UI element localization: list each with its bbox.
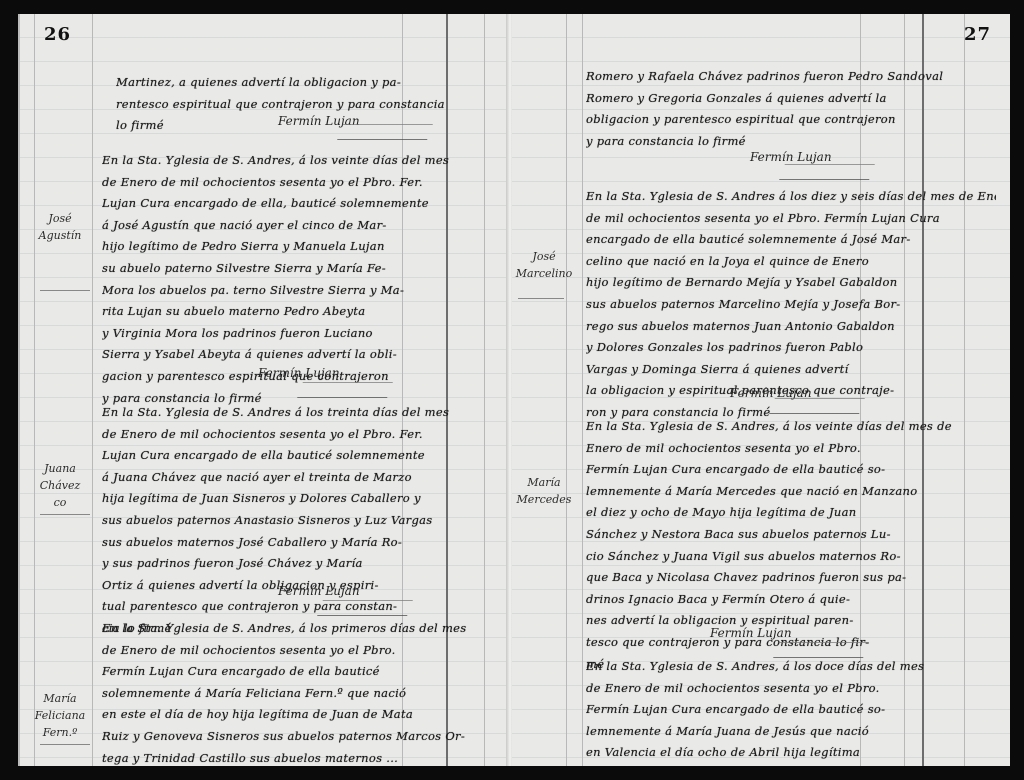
signature-rubric bbox=[779, 164, 875, 180]
margin-note-name: María Mercedes bbox=[514, 474, 574, 508]
margin-rule bbox=[582, 14, 583, 766]
priest-signature: Fermín Lujan bbox=[710, 626, 792, 640]
margin-note-line: Fern.º bbox=[30, 724, 90, 741]
margin-note-line: Juana bbox=[30, 460, 90, 477]
priest-signature: Fermín Lujan bbox=[258, 366, 340, 380]
entry-line: Fermín Lujan Cura encargado de ella baut… bbox=[586, 699, 996, 721]
entry-line: Enero de mil ochocientos sesenta yo el P… bbox=[586, 438, 996, 460]
register-entry: En la Sta. Yglesia de S. Andres, á los d… bbox=[586, 656, 996, 764]
entry-line: Ruiz y Genoveva Sisneros sus abuelos pat… bbox=[102, 726, 502, 748]
entry-line: En la Sta. Yglesia de S. Andres, á los p… bbox=[102, 618, 502, 640]
entry-line: hija legítima de Juan Sisneros y Dolores… bbox=[102, 488, 502, 510]
register-entry: Romero y Rafaela Chávez padrinos fueron … bbox=[586, 66, 996, 152]
entry-line: hijo legítimo de Bernardo Mejía y Ysabel… bbox=[586, 272, 996, 294]
margin-separator bbox=[518, 298, 564, 299]
entry-line: el diez y ocho de Mayo hija legítima de … bbox=[586, 502, 996, 524]
margin-note-line: María bbox=[30, 690, 90, 707]
entry-line: Fermín Lujan Cura encargado de ella baut… bbox=[102, 661, 502, 683]
margin-note-name: José Marcelino bbox=[514, 248, 574, 282]
entry-line: lemnemente á María Mercedes que nació en… bbox=[586, 481, 996, 503]
entry-line: en este el día de hoy hija legítima de J… bbox=[102, 704, 502, 726]
margin-note-line: Marcelino bbox=[514, 265, 574, 282]
margin-note-line: Agustín bbox=[30, 227, 90, 244]
signature-rubric bbox=[297, 382, 393, 398]
entry-line: En la Sta. Yglesia de S. Andres, á los v… bbox=[586, 416, 996, 438]
right-page: 27 Romero y Rafaela Chávez padrinos fuer… bbox=[512, 14, 1010, 766]
left-page: 26 Martinez, a quienes advertí la obliga… bbox=[18, 14, 512, 766]
margin-note-name: María Feliciana Fern.º bbox=[30, 690, 90, 741]
entry-line: á José Agustín que nació ayer el cinco d… bbox=[102, 215, 502, 237]
entry-line: de mil ochocientos sesenta yo el Pbro. F… bbox=[586, 208, 996, 230]
priest-signature: Fermín Lujan bbox=[278, 584, 360, 598]
ruled-line bbox=[34, 14, 35, 766]
margin-separator bbox=[40, 514, 90, 515]
entry-line: cio Sánchez y Juana Vigil sus abuelos ma… bbox=[586, 546, 996, 568]
entry-line: sus abuelos paternos Marcelino Mejía y J… bbox=[586, 294, 996, 316]
margin-note-line: co bbox=[30, 494, 90, 511]
margin-note-name: José Agustín bbox=[30, 210, 90, 244]
entry-line: rentesco espiritual que contrajeron y pa… bbox=[116, 94, 506, 116]
entry-line: rego sus abuelos maternos Juan Antonio G… bbox=[586, 316, 996, 338]
entry-line: de Enero de mil ochocientos sesenta yo e… bbox=[102, 424, 502, 446]
entry-line: En la Sta. Yglesia de S. Andres á los tr… bbox=[102, 402, 502, 424]
entry-line: su abuelo paterno Silvestre Sierra y Mar… bbox=[102, 258, 502, 280]
signature-rubric bbox=[337, 124, 433, 140]
entry-line: sus abuelos maternos José Caballero y Ma… bbox=[102, 532, 502, 554]
entry-line: Romero y Gregoria Gonzales á quienes adv… bbox=[586, 88, 996, 110]
signature-rubric bbox=[769, 398, 865, 414]
entry-line: y Virginia Mora los padrinos fueron Luci… bbox=[102, 323, 502, 345]
margin-note-line: Feliciana bbox=[30, 707, 90, 724]
entry-line: obligacion y parentesco espiritual que c… bbox=[586, 109, 996, 131]
margin-rule bbox=[92, 14, 93, 766]
entry-line: y Dolores Gonzales los padrinos fueron P… bbox=[586, 337, 996, 359]
entry-line: tega y Trinidad Castillo sus abuelos mat… bbox=[102, 748, 502, 766]
entry-line: en Valencia el día ocho de Abril hija le… bbox=[586, 742, 996, 764]
entry-line: Lujan Cura encargado de ella, bauticé so… bbox=[102, 193, 502, 215]
margin-note-line: Mercedes bbox=[514, 491, 574, 508]
register-entry: En la Sta. Yglesia de S. Andres, á los p… bbox=[102, 618, 502, 766]
entry-line: y sus padrinos fueron José Chávez y Marí… bbox=[102, 553, 502, 575]
entry-line: rita Lujan su abuelo materno Pedro Abeyt… bbox=[102, 301, 502, 323]
margin-note-line: José bbox=[514, 248, 574, 265]
entry-line: sus abuelos paternos Anastasio Sisneros … bbox=[102, 510, 502, 532]
entry-line: Fermín Lujan Cura encargado de ella baut… bbox=[586, 459, 996, 481]
ruled-line bbox=[566, 14, 567, 766]
entry-line: lemnemente á María Juana de Jesús que na… bbox=[586, 721, 996, 743]
entry-line: Sánchez y Nestora Baca sus abuelos pater… bbox=[586, 524, 996, 546]
margin-separator bbox=[40, 744, 90, 745]
entry-line: Vargas y Dominga Sierra á quienes advert… bbox=[586, 359, 996, 381]
entry-line: de Enero de mil ochocientos sesenta yo e… bbox=[102, 172, 502, 194]
margin-note-line: María bbox=[514, 474, 574, 491]
entry-line: Lujan Cura encargado de ella bauticé sol… bbox=[102, 445, 502, 467]
entry-line: de Enero de mil ochocientos sesenta yo e… bbox=[102, 640, 502, 662]
entry-line: Mora los abuelos pa. terno Silvestre Sie… bbox=[102, 280, 502, 302]
register-entry: En la Sta. Yglesia de S. Andres á los tr… bbox=[102, 402, 502, 640]
margin-separator bbox=[40, 290, 90, 291]
entry-line: de Enero de mil ochocientos sesenta yo e… bbox=[586, 678, 996, 700]
entry-line: Martinez, a quienes advertí la obligacio… bbox=[116, 72, 506, 94]
page-number: 26 bbox=[44, 24, 71, 45]
entry-line: que Baca y Nicolasa Chavez padrinos fuer… bbox=[586, 567, 996, 589]
entry-line: tual parentesco que contrajeron y para c… bbox=[102, 596, 502, 618]
priest-signature: Fermín Lujan bbox=[750, 150, 832, 164]
entry-line: En la Sta. Yglesia de S. Andres, á los d… bbox=[586, 656, 996, 678]
entry-line: En la Sta. Yglesia de S. Andres, á los v… bbox=[102, 150, 502, 172]
signature-rubric bbox=[317, 600, 413, 616]
page-number: 27 bbox=[964, 24, 991, 45]
entry-line: Romero y Rafaela Chávez padrinos fueron … bbox=[586, 66, 996, 88]
entry-line: Sierra y Ysabel Abeyta á quienes advertí… bbox=[102, 344, 502, 366]
margin-note-line: José bbox=[30, 210, 90, 227]
entry-line: hijo legítimo de Pedro Sierra y Manuela … bbox=[102, 236, 502, 258]
entry-line: á Juana Chávez que nació ayer el treinta… bbox=[102, 467, 502, 489]
entry-line: celino que nació en la Joya el quince de… bbox=[586, 251, 996, 273]
entry-line: solemnemente á María Feliciana Fern.º qu… bbox=[102, 683, 502, 705]
margin-note-line: Chávez bbox=[30, 477, 90, 494]
entry-line: En la Sta. Yglesia de S. Andres á los di… bbox=[586, 186, 996, 208]
entry-line: encargado de ella bauticé solemnemente á… bbox=[586, 229, 996, 251]
entry-line: drinos Ignacio Baca y Fermín Otero á qui… bbox=[586, 589, 996, 611]
margin-note-name: Juana Chávez co bbox=[30, 460, 90, 511]
